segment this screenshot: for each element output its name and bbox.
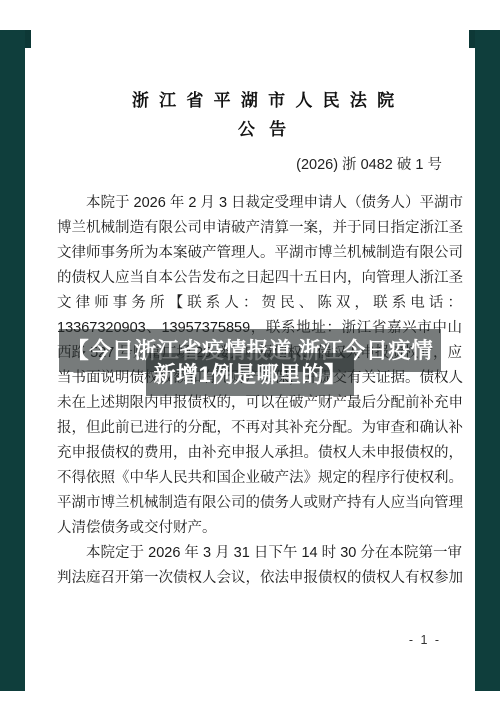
body-line: 文律师事务所【联系人：贺民、陈双，联系电话： (57, 291, 462, 316)
document-page: 浙 江 省 平 湖 市 人 民 法 院 公 告 (2026) 浙 0482 破 … (0, 0, 500, 707)
body-line: 不得依照《中华人民共和国企业破产法》规定的程序行使权利。 (57, 466, 462, 491)
body-line: 人清偿债务或交付财产。 (57, 516, 462, 541)
overlay-caption-text: 【今日浙江省疫情报道,浙江今日疫情新增1例是哪里的】 (59, 329, 442, 396)
case-number: (2026) 浙 0482 破 1 号 (57, 153, 442, 174)
body-line: 本院于 2026 年 2 月 3 日裁定受理申请人（债务人）平湖市 (57, 191, 462, 216)
caption-line-2: 新增1例是哪里的】 (154, 362, 347, 387)
body-line: 文律师事务所为本案破产管理人。平湖市博兰机械制造有限公司 (57, 241, 462, 266)
overlay-caption: 【今日浙江省疫情报道,浙江今日疫情新增1例是哪里的】 (0, 339, 500, 387)
body-line: 博兰机械制造有限公司申请破产清算一案，并于同日指定浙江圣 (57, 216, 462, 241)
body-line: 的债权人应当自本公告发布之日起四十五日内，向管理人浙江圣 (57, 266, 462, 291)
court-title: 浙 江 省 平 湖 市 人 民 法 院 (62, 86, 467, 111)
body-line: 平湖市博兰机械制造有限公司的债务人或财产持有人应当向管理 (57, 491, 462, 516)
body-line: 判法庭召开第一次债权人会议，依法申报债权的债权人有权参加 (57, 566, 462, 591)
caption-line-1: 【今日浙江省疫情报道,浙江今日疫情 (67, 338, 434, 363)
body-line: 本院定于 2026 年 3 月 31 日下午 14 时 30 分在本院第一审 (57, 541, 462, 566)
body-line: 报，但此前已进行的分配，不再对其补充分配。为审查和确认补 (57, 416, 462, 441)
announcement-heading: 公 告 (62, 115, 467, 140)
page-number: - 1 - (394, 633, 456, 647)
body-line: 充申报债权的费用，由补充申报人承担。债权人未申报债权的， (57, 441, 462, 466)
